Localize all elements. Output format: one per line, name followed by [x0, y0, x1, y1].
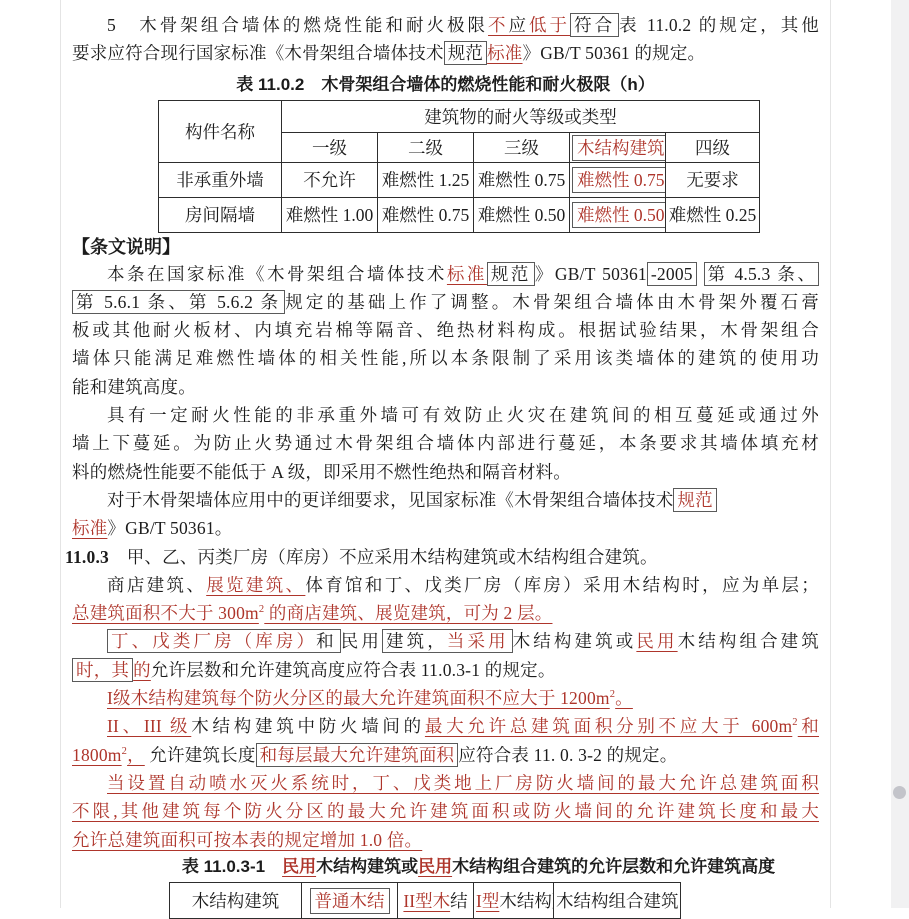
text-run: 标准	[487, 43, 522, 63]
text-run: 低于	[529, 15, 570, 35]
text-run: 甲、乙、丙类厂房（库房）不应采用木结构建筑或木结构组合建筑。	[127, 547, 658, 567]
text-line: 墙上下蔓延。为防止火势通过木骨架组合墙体内部进行蔓延，本条要求其墙体填充材	[72, 429, 819, 457]
table-row: 房间隔墙难燃性 1.00难燃性 0.75难燃性 0.50难燃性 0.50难燃性 …	[159, 197, 760, 232]
text-line: 时，其的允许层数和允许建筑高度应符合表 11.0.3-1 的规定。	[72, 656, 819, 684]
fire-resistance-table: 构件名称建筑物的耐火等级或类型一级二级三级木结构建筑四级非承重外墙不允许难燃性 …	[158, 100, 760, 233]
table-cell: 木结构建筑	[570, 132, 666, 162]
text-run: 允许建筑长度	[145, 745, 256, 765]
table-row: 非承重外墙不允许难燃性 1.25难燃性 0.75难燃性 0.75无要求	[159, 162, 760, 197]
text-run: 难燃性 1.00	[286, 205, 374, 225]
text-run: 1800m	[72, 745, 122, 765]
text-line: 丁、戊类厂房（库房）和民用建筑，当采用木结构建筑或民用木结构组合建筑	[72, 627, 819, 655]
text-run: 体育馆和丁、戊类厂房（库房）采用木结构时，应为单层；	[305, 575, 819, 595]
text-run: 标准	[72, 518, 107, 538]
text-run: 板或其他耐火板材、内填充岩棉等隔音、绝热材料构成。根据试验结果，木骨架组合	[72, 320, 819, 340]
text-run: 对于木骨架墙体应用中的更详细要求，见国家标准《木骨架组合墙体技术	[107, 490, 673, 510]
table-cell: 普通木结	[302, 882, 398, 908]
text-run: 民用	[282, 857, 316, 876]
text-run	[697, 264, 704, 284]
text-run: II型木	[403, 891, 450, 908]
text-run: 商店建筑、	[107, 575, 206, 595]
table-cell: 难燃性 0.25	[666, 197, 760, 232]
text-run: 应	[509, 15, 530, 35]
table-cell: 木结构组合建筑	[554, 882, 681, 908]
text-run: 总建筑面积不大于 300m	[72, 603, 259, 623]
text-run: 木结构组合建筑的允许层数和允许建筑高度	[452, 857, 775, 876]
table-corner-header: 构件名称	[159, 100, 282, 162]
text-run: 的商店建筑、展览建筑，可为 2 层。	[264, 603, 552, 623]
text-run: 具有一定耐火性能的非承重外墙可有效防止火灾在建筑间的相互蔓延或通过外	[107, 405, 819, 425]
text-run: 难燃性 0.50	[572, 202, 666, 228]
text-run: 当设置自动喷水灭火系统时，丁、戊类地上厂房防火墙间的最大允许总建筑面积	[107, 773, 819, 793]
text-run: 要求应符合现行国家标准《木骨架组合墙体技术	[72, 43, 444, 63]
text-run: 难燃性 0.50	[478, 205, 566, 225]
text-run: 规范	[444, 41, 487, 65]
text-run: 不	[488, 15, 509, 35]
text-run: 不限,其他建筑每个防火分区的最大允许建筑面积或防火墙间的允许建筑长度和最大	[72, 801, 819, 821]
table-cell: 一级	[282, 132, 378, 162]
table-cell: 难燃性 1.25	[378, 162, 474, 197]
text-run: I级木结构建筑每个防火分区的最大允许建筑面积不应大于 1200m	[107, 688, 610, 708]
text-run: 一级	[312, 138, 347, 158]
text-run: 不允许	[303, 170, 356, 190]
text-line: 当设置自动喷水灭火系统时，丁、戊类地上厂房防火墙间的最大允许总建筑面积	[72, 769, 819, 797]
table-cell: 难燃性 0.75	[570, 162, 666, 197]
text-run: 难燃性 0.25	[669, 205, 757, 225]
text-line: 具有一定耐火性能的非承重外墙可有效防止火灾在建筑间的相互蔓延或通过外	[72, 401, 819, 429]
text-run: 民用	[341, 631, 382, 651]
text-run: 规范	[673, 488, 716, 512]
text-run: 本条在国家标准《木骨架组合墙体技术	[107, 264, 447, 284]
text-line: I级木结构建筑每个防火分区的最大允许建筑面积不应大于 1200m2。	[72, 684, 819, 712]
text-run: 木结构建筑	[572, 135, 666, 161]
text-run: 丁、戊类厂房（库房）	[107, 629, 317, 653]
clause-11-0-3: 11.0.3 甲、乙、丙类厂房（库房）不应采用木结构建筑或木结构组合建筑。	[65, 543, 819, 571]
text-run: 标准	[447, 264, 487, 284]
text-line: 第 5.6.1 条、第 5.6.2 条规定的基础上作了调整。木骨架组合墙体由木骨…	[72, 288, 819, 316]
text-run: 难燃性 1.25	[382, 170, 470, 190]
table-11-0-2-caption: 表 11.0.2 木骨架组合墙体的燃烧性能和耐火极限（h）	[72, 72, 819, 98]
clause-5-line-1: 5 木骨架组合墙体的燃烧性能和耐火极限不应低于符合表 11.0.2 的规定，其他	[72, 11, 819, 39]
text-run: 二级	[408, 138, 443, 158]
text-run: 表 11.0.2 木骨架组合墙体的燃烧性能和耐火极限（h）	[236, 75, 654, 94]
text-run: 应符合表 11. 0. 3-2 的规定。	[458, 745, 677, 765]
text-run: 展览建筑、	[206, 575, 305, 595]
text-run: 四级	[695, 138, 730, 158]
text-line: 能和建筑高度。	[72, 373, 819, 401]
text-line: 对于木骨架墙体应用中的更详细要求，见国家标准《木骨架组合墙体技术规范	[72, 486, 819, 514]
text-line: 总建筑面积不大于 300m2 的商店建筑、展览建筑，可为 2 层。	[72, 599, 819, 627]
text-run: 表 11.0.2 的规定，其他	[619, 15, 819, 35]
text-run: 时，其	[72, 658, 133, 682]
text-run: 难燃性 0.75	[382, 205, 470, 225]
text-run: 和	[798, 716, 819, 736]
text-run: 墙体只能满足难燃性墙体的相关性能,所以本条限制了采用该类墙体的建筑的使用功	[72, 348, 819, 368]
table-cell: I型木结构建	[474, 882, 554, 908]
text-run: 第 4.5.3 条、	[704, 262, 819, 286]
text-run: 最大允许总建筑面积分别不应大于 600m	[425, 716, 792, 736]
table-11-0-3-1-caption: 表 11.0.3-1 民用木结构建筑或民用木结构组合建筑的允许层数和允许建筑高度	[105, 854, 852, 880]
text-run: I型	[476, 891, 499, 908]
text-run: II、III 级	[107, 716, 191, 736]
text-run: 无要求	[686, 170, 739, 190]
text-run: 民用	[636, 631, 677, 651]
text-run: 和每层最大允许建筑面积	[256, 743, 459, 767]
table-cell: 二级	[378, 132, 474, 162]
text-line: 标准》GB/T 50361。	[72, 514, 819, 542]
text-run: 当采用	[447, 629, 513, 653]
text-line: 1800m2， 允许建筑长度和每层最大允许建筑面积应符合表 11. 0. 3-2…	[72, 741, 819, 769]
text-line: 不限,其他建筑每个防火分区的最大允许建筑面积或防火墙间的允许建筑长度和最大	[72, 797, 819, 825]
row-label: 非承重外墙	[159, 162, 282, 197]
table-cell: 木结构建筑	[170, 882, 302, 908]
text-run: 》GB/T 50361。	[107, 518, 232, 538]
text-line: 料的燃烧性能要不能低于 A 级，即采用不燃性绝热和隔音材料。	[72, 458, 819, 486]
text-run: 普通木结	[310, 888, 390, 908]
text-run: 和	[316, 629, 341, 653]
text-run: 规定的基础上作了调整。木骨架组合墙体由木骨架外覆石膏	[285, 292, 819, 312]
text-run: 允许层数和允许建筑高度应符合表 11.0.3-1 的规定。	[151, 660, 556, 680]
clause-5-line-2: 要求应符合现行国家标准《木骨架组合墙体技术规范标准》GB/T 50361 的规定…	[72, 39, 819, 67]
text-run: 木结构组合建筑	[678, 631, 819, 651]
row-label: 房间隔墙	[159, 197, 282, 232]
text-run: ，	[127, 745, 145, 765]
table-cell: 不允许	[282, 162, 378, 197]
text-line: II、III 级木结构建筑中防火墙间的最大允许总建筑面积分别不应大于 600m2…	[72, 712, 819, 740]
text-run: 难燃性 0.75	[478, 170, 566, 190]
text-run: 木结构建筑	[192, 891, 280, 908]
text-run: 第 5.6.1 条、第 5.6.2 条	[72, 290, 285, 314]
text-line: 墙体只能满足难燃性墙体的相关性能,所以本条限制了采用该类墙体的建筑的使用功	[72, 344, 819, 372]
table-cell: 四级	[666, 132, 760, 162]
text-run: 允许总建筑面积可按本表的规定增加 1.0 倍。	[72, 830, 422, 850]
table-cell: 难燃性 0.75	[378, 197, 474, 232]
explanation-heading: 【条文说明】	[72, 234, 819, 260]
text-run: 符合	[570, 13, 619, 37]
text-run: 【条文说明】	[72, 237, 180, 257]
document-page: 5 木骨架组合墙体的燃烧性能和耐火极限不应低于符合表 11.0.2 的规定，其他…	[60, 0, 831, 908]
text-run: 木结构建筑或	[513, 631, 637, 651]
text-line: 商店建筑、展览建筑、体育馆和丁、戊类厂房（库房）采用木结构时，应为单层；	[72, 571, 819, 599]
table-cell: 难燃性 0.75	[474, 162, 570, 197]
table-cell: 三级	[474, 132, 570, 162]
table-cell: 难燃性 0.50	[474, 197, 570, 232]
text-run: 表 11.0.3-1	[182, 857, 282, 876]
allowed-stories-table: 木结构建筑普通木结II型木结I型木结构建木结构组合建筑	[169, 882, 681, 908]
table-row: 木结构建筑普通木结II型木结I型木结构建木结构组合建筑	[170, 882, 681, 908]
document-content: 5 木骨架组合墙体的燃烧性能和耐火极限不应低于符合表 11.0.2 的规定，其他…	[61, 0, 830, 908]
table-cell: 难燃性 0.50	[570, 197, 666, 232]
text-run: 11.0.3	[65, 547, 127, 567]
text-run: 。	[615, 688, 633, 708]
text-run: 木结构建筑或	[316, 857, 418, 876]
text-line: 本条在国家标准《木骨架组合墙体技术标准规范》GB/T 50361-2005 第 …	[72, 260, 819, 288]
text-run: 木结构建	[499, 891, 553, 908]
table-group-header: 建筑物的耐火等级或类型	[282, 100, 760, 132]
text-run: -2005	[647, 262, 697, 286]
text-run: 墙上下蔓延。为防止火势通过木骨架组合墙体内部进行蔓延，本条要求其墙体填充材	[72, 433, 819, 453]
text-run: 难燃性 0.75	[572, 167, 666, 193]
scrollbar-track[interactable]	[891, 0, 909, 908]
table-cell: II型木结	[398, 882, 474, 908]
table-cell: 无要求	[666, 162, 760, 197]
text-run: 5 木骨架组合墙体的燃烧性能和耐火极限	[107, 15, 488, 35]
text-run: 民用	[418, 857, 452, 876]
text-run: 规范	[487, 262, 535, 286]
scrollbar-thumb[interactable]	[893, 786, 906, 799]
text-run: 结	[450, 891, 468, 908]
text-run: 木结构建筑中防火墙间的	[191, 716, 425, 736]
text-run: 》GB/T 50361 的规定。	[523, 43, 706, 63]
text-run: 建筑，	[382, 629, 448, 653]
text-run: 三级	[504, 138, 539, 158]
text-run: 能和建筑高度。	[72, 377, 196, 397]
text-run: 料的燃烧性能要不能低于 A 级，即采用不燃性绝热和隔音材料。	[72, 462, 571, 482]
text-line: 板或其他耐火板材、内填充岩棉等隔音、绝热材料构成。根据试验结果，木骨架组合	[72, 316, 819, 344]
table-cell: 难燃性 1.00	[282, 197, 378, 232]
text-run: 木结构组合建筑	[556, 891, 679, 908]
text-run: 的	[133, 660, 151, 680]
text-line: 允许总建筑面积可按本表的规定增加 1.0 倍。	[72, 826, 819, 854]
text-run: 》GB/T 50361	[535, 264, 647, 284]
